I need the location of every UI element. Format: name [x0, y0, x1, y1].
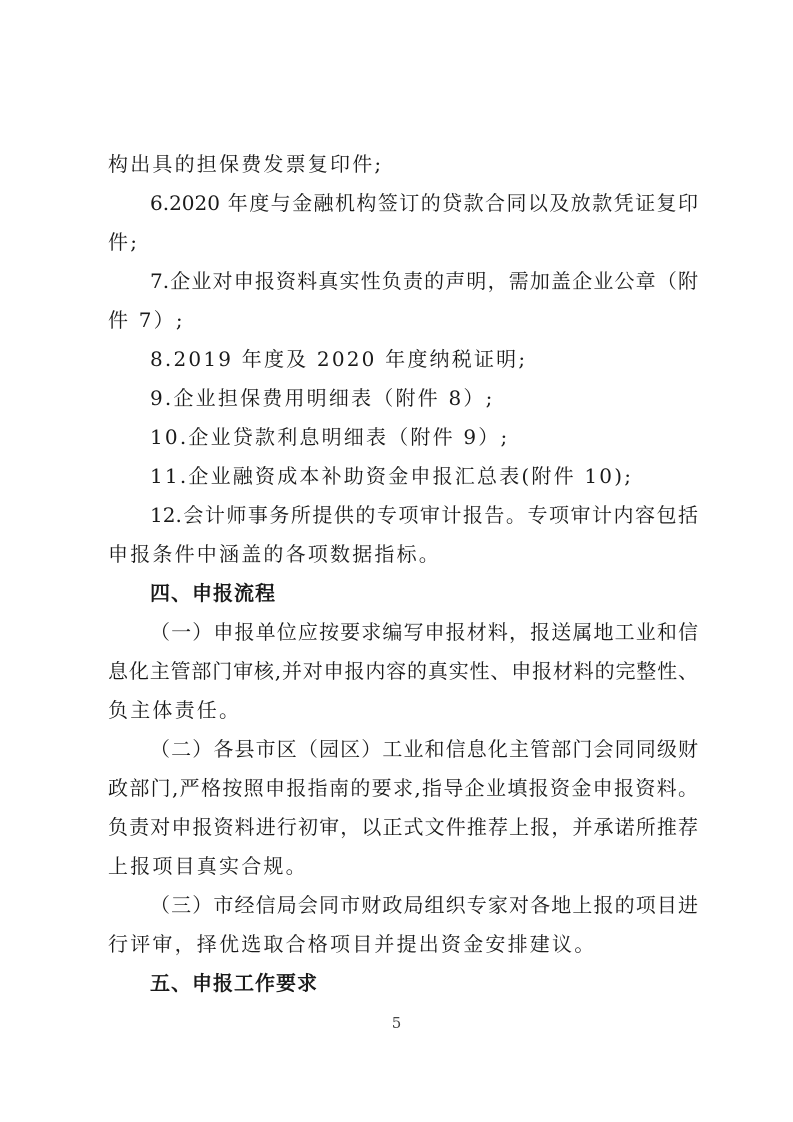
text-line: 负责对申报资料进行初审，以正式文件推荐上报，并承诺所推荐	[108, 815, 698, 839]
text-line: 件;	[108, 230, 698, 254]
list-item-7: 7.企业对申报资料真实性负责的声明，需加盖企业公章（附	[150, 269, 698, 293]
text-line: 负主体责任。	[108, 698, 698, 722]
list-item-10: 10.企业贷款利息明细表（附件 9）;	[150, 425, 740, 449]
list-item-9: 9.企业担保费用明细表（附件 8）;	[150, 386, 740, 410]
text-line: 息化主管部门审核,并对申报内容的真实性、申报材料的完整性、	[108, 659, 698, 683]
text-line: 件 7）;	[108, 308, 698, 332]
text-line: 政部门,严格按照申报指南的要求,指导企业填报资金申报资料。	[108, 776, 698, 800]
text-line: 构出具的担保费发票复印件;	[108, 152, 698, 176]
list-item-11: 11.企业融资成本补助资金申报汇总表(附件 10);	[150, 464, 740, 488]
paragraph-2: （二）各县市区（园区）工业和信息化主管部门会同同级财	[150, 737, 698, 761]
text-line: 申报条件中涵盖的各项数据指标。	[108, 542, 698, 566]
text-line: 行评审，择优选取合格项目并提出资金安排建议。	[108, 932, 698, 956]
list-item-8: 8.2019 年度及 2020 年度纳税证明;	[150, 347, 740, 371]
section-heading-4: 四、申报流程	[150, 581, 740, 605]
paragraph-1: （一）申报单位应按要求编写申报材料，报送属地工业和信	[150, 620, 698, 644]
list-item-6: 6.2020 年度与金融机构签订的贷款合同以及放款凭证复印	[150, 191, 698, 215]
list-item-12: 12.会计师事务所提供的专项审计报告。专项审计内容包括	[150, 503, 698, 527]
text-line: 上报项目真实合规。	[108, 854, 698, 878]
page-number: 5	[0, 1014, 793, 1032]
paragraph-3: （三）市经信局会同市财政局组织专家对各地上报的项目进	[150, 893, 698, 917]
document-page: 构出具的担保费发票复印件; 6.2020 年度与金融机构签订的贷款合同以及放款凭…	[0, 0, 793, 1122]
section-heading-5: 五、申报工作要求	[150, 971, 740, 995]
